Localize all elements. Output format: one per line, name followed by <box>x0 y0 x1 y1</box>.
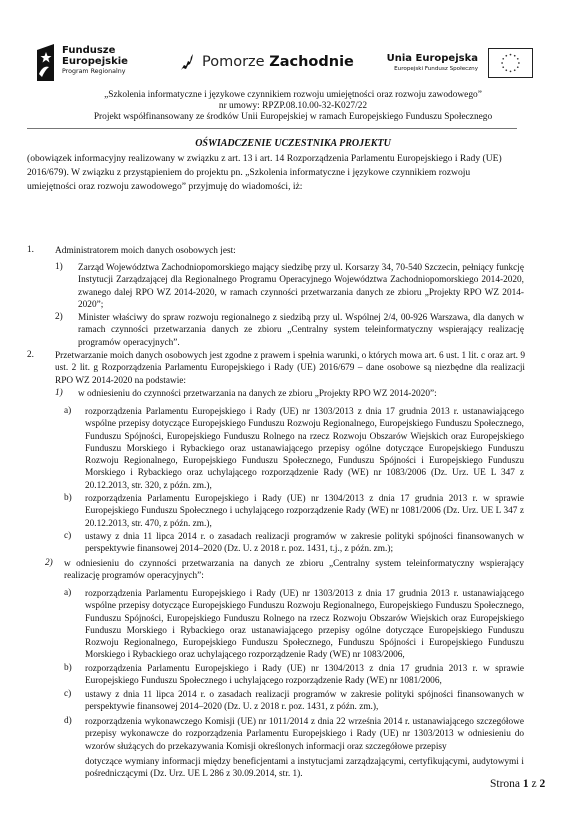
sub-marker: c) <box>64 689 71 699</box>
eu-flag-icon <box>488 48 533 78</box>
basis-2-text: w odniesieniu do czynności przetwarzania… <box>64 558 524 583</box>
basis-2d: rozporządzenia wykonawczego Komisji (UE)… <box>85 716 524 753</box>
basis-1b: rozporządzenia Parlamentu Europejskiego … <box>85 493 524 530</box>
section-1-text: Administratorem moich danych osobowych j… <box>55 245 525 257</box>
sub-marker: b) <box>64 493 72 503</box>
page-sep: z <box>529 778 540 790</box>
page-prefix: Strona <box>490 778 523 790</box>
unia-europejska-logo: Unia Europejska Europejski Fundusz Społe… <box>380 52 478 74</box>
pomorze-griffin-icon <box>180 53 194 71</box>
page-total: 2 <box>540 778 546 790</box>
pz-bold-text: Zachodnie <box>269 54 354 70</box>
project-header: „Szkolenia informatyczne i językowe czyn… <box>0 90 586 123</box>
section-marker: 2. <box>27 350 34 360</box>
logo-bar: Fundusze Europejskie Program Regionalny … <box>0 40 586 85</box>
administrator-1: Zarząd Województwa Zachodniopomorskiego … <box>78 262 524 311</box>
header-divider <box>27 128 517 129</box>
item-marker: 1) <box>55 388 63 398</box>
fundusze-europejskie-logo: Fundusze Europejskie Program Regionalny <box>37 44 147 84</box>
basis-1-text: w odniesieniu do czynności przetwarzania… <box>78 388 524 400</box>
contract-number: nr umowy: RPZP.08.10.00-32-K027/22 <box>0 101 586 112</box>
ue-line2: Europejski Fundusz Społeczny <box>380 65 478 74</box>
intro-line: 2016/679). W związku z przystąpieniem do… <box>27 166 527 180</box>
cofinancing-note: Projekt współfinansowany ze środków Unii… <box>0 112 586 123</box>
basis-1c: ustawy z dnia 11 lipca 2014 r. o zasadac… <box>85 531 524 556</box>
fe-star-flag-icon <box>37 44 54 81</box>
page-number: Strona 1 z 2 <box>490 778 545 790</box>
sub-marker: a) <box>64 406 71 416</box>
fe-line3: Program Regionalny <box>62 67 128 77</box>
fe-line1: Fundusze <box>62 45 128 56</box>
project-name: „Szkolenia informatyczne i językowe czyn… <box>0 90 586 101</box>
section-2-text: Przetwarzanie moich danych osobowych jes… <box>55 350 525 387</box>
intro-paragraph: (obowiązek informacyjny realizowany w zw… <box>27 152 527 194</box>
document-title: OŚWIADCZENIE UCZESTNIKA PROJEKTU <box>0 138 586 150</box>
basis-2b: rozporządzenia Parlamentu Europejskiego … <box>85 663 524 688</box>
item-marker: 2) <box>55 312 63 322</box>
sub-marker: c) <box>64 531 71 541</box>
basis-2d-continued: dotyczące wymiany informacji między bene… <box>85 756 524 781</box>
section-marker: 1. <box>27 245 34 255</box>
intro-line: umiejętności oraz rozwoju zawodowego” pr… <box>27 180 527 194</box>
intro-line: (obowiązek informacyjny realizowany w zw… <box>27 152 527 166</box>
sub-marker: d) <box>64 716 72 726</box>
basis-2a: rozporządzenia Parlamentu Europejskiego … <box>85 588 524 662</box>
fe-line2: Europejskie <box>62 56 128 67</box>
item-marker: 1) <box>55 262 63 272</box>
pz-light-text: Pomorze <box>202 54 269 70</box>
item-marker: 2) <box>45 558 53 568</box>
sub-marker: a) <box>64 588 71 598</box>
administrator-2: Minister właściwy do spraw rozwoju regio… <box>78 312 524 349</box>
sub-marker: b) <box>64 663 72 673</box>
basis-2c: ustawy z dnia 11 lipca 2014 r. o zasadac… <box>85 689 524 714</box>
ue-line1: Unia Europejska <box>380 52 478 65</box>
basis-1a: rozporządzenia Parlamentu Europejskiego … <box>85 406 524 492</box>
